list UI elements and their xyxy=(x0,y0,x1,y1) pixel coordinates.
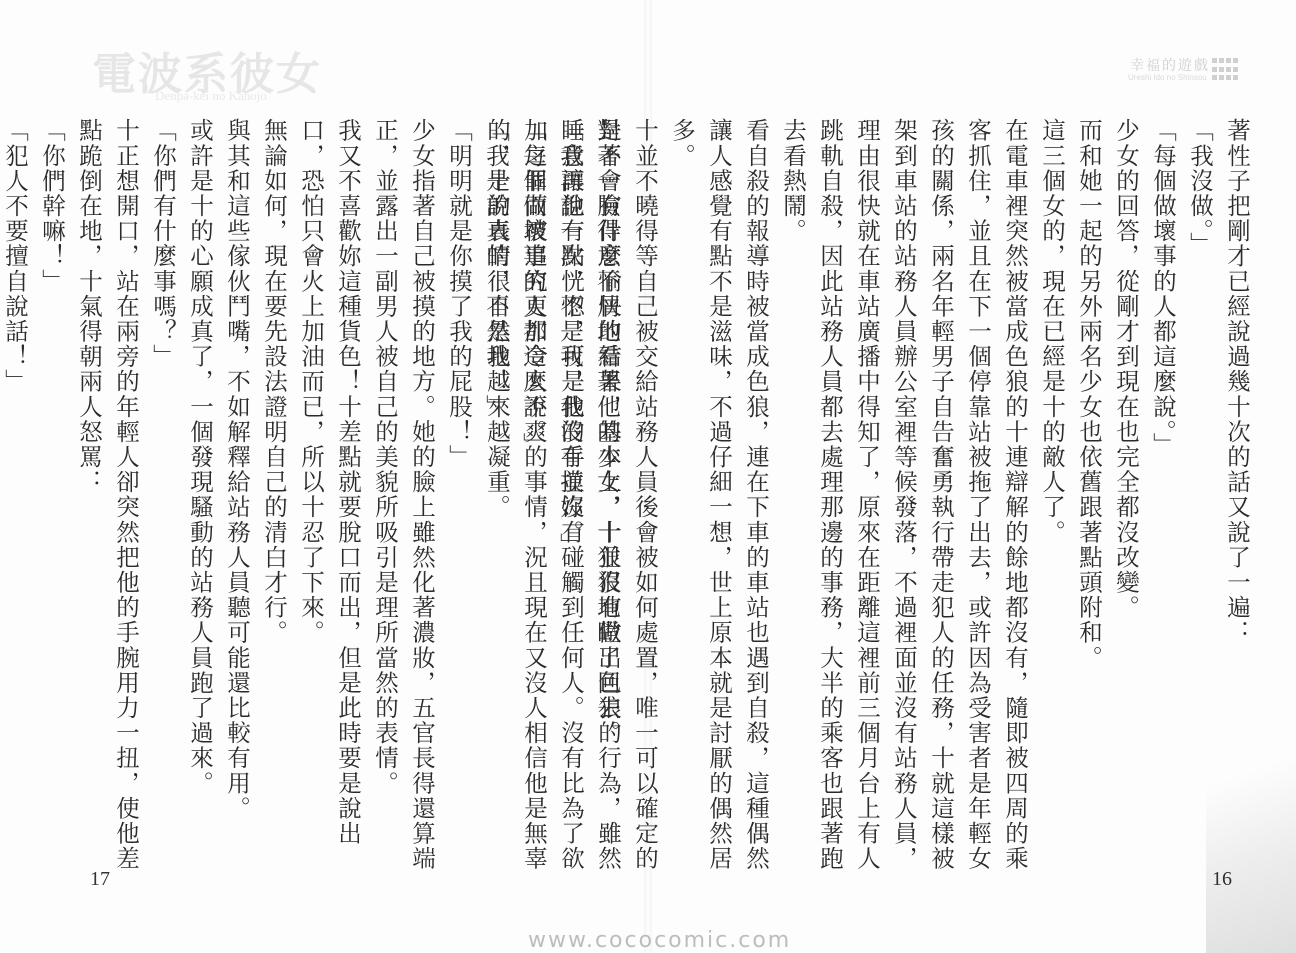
paragraph: 對著一臉得意不屑地看著他的少女，十狠狠地瞪了回去。 xyxy=(588,118,625,878)
site-watermark: www.cococomic.com xyxy=(528,928,791,953)
paragraph: 「我是說真的，不是我！」 xyxy=(477,118,514,878)
paragraph: 少女的回答，從剛才到現在也完全都沒改變。 xyxy=(1107,118,1144,878)
paragraph: 「明明就是你摸了我的屁股！」 xyxy=(440,118,477,878)
right-page-text: 著性子把剛才已經說過幾十次的話又說了一遍： 「我沒做。」 「每個做壞事的人都這麼… xyxy=(700,118,1255,878)
paragraph: 與其和這些傢伙鬥嘴，不如解釋給站務人員聽可能還比較有用。 xyxy=(218,118,255,878)
paragraph: 少女指著自己被摸的地方。她的臉上雖然化著濃妝，五官長得還算端正，並露出一副男人被… xyxy=(366,118,440,878)
paragraph: 無論如何，現在要先設法證明自己的清白才行。 xyxy=(255,118,292,878)
book-spread: 電波系彼女 Denpa-kei no Kanojo 幸福的遊戲 Ureshi I… xyxy=(0,0,1296,953)
paragraph: 「你們幹嘛！」 xyxy=(33,118,70,878)
paragraph: 我又不喜歡妳這種貨色！十差點就要脫口而出，但是此時要是說出口，恐怕只會火上加油而… xyxy=(292,118,366,878)
paragraph: 「每個做壞事的人都這麼說。」 xyxy=(514,118,551,878)
paragraph: 「我再說一次，不是我，我沒有摸妳。」 xyxy=(551,118,588,878)
chapter-subtitle: Ureshi Ido no Shinsou xyxy=(1128,73,1207,82)
chapter-dots-ornament-icon xyxy=(1212,58,1240,82)
series-subtitle: Denpa-kei no Kanojo xyxy=(155,88,267,104)
paragraph: 「每個做壞事的人都這麼說。」 xyxy=(1144,118,1181,878)
page-number-left: 17 xyxy=(90,868,110,891)
paragraph: 看自殺的報導時被當成色狼，連在下車的車站也遇到自殺，這種偶然讓人感覺有點不是滋味… xyxy=(663,118,774,878)
paragraph: 「犯人不要擅自說話！」 xyxy=(0,118,33,878)
paragraph: 「你們有什麼事嗎？」 xyxy=(144,118,181,878)
paragraph: 在電車裡突然被當成色狼的十連辯解的餘地都沒有，隨即被四周的乘客抓住，並且在下一個… xyxy=(774,118,1033,878)
paragraph: 十正想開口，站在兩旁的年輕人卻突然把他的手腕用力一扭，使他差點跪倒在地，十氣得朝… xyxy=(70,118,144,878)
chapter-title: 幸福的遊戲 xyxy=(1130,55,1210,75)
left-page-text: 對著一臉得意不屑地看著他的少女，十狠狠地瞪了回去。 「我再說一次，不是我，我沒有… xyxy=(55,118,625,878)
paragraph: 而和她一起的另外兩名少女也依舊跟著點頭附和。 xyxy=(1070,118,1107,878)
corner-illustration-shadow xyxy=(1206,700,1296,953)
paragraph: 這三個女的，現在已經是十的敵人了。 xyxy=(1033,118,1070,878)
paragraph: 或許是十的心願成真了，一個發現騷動的站務人員跑了過來。 xyxy=(181,118,218,878)
